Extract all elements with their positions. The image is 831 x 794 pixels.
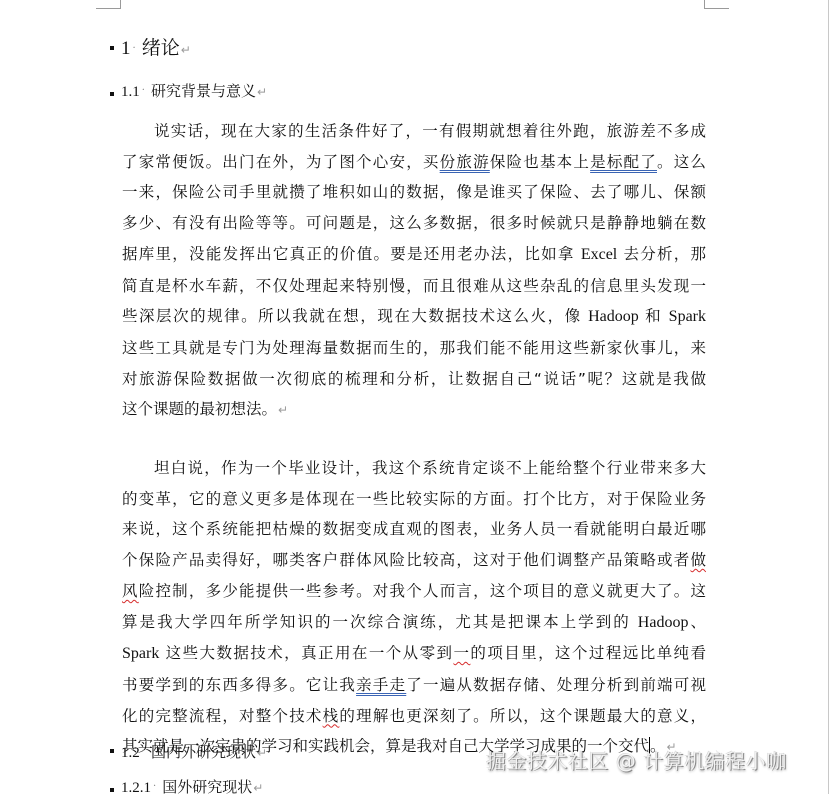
body-paragraph-2[interactable]: 坦白说，作为一个毕业设计，我这个系统肯定谈不上能给整个行业带来多大 的变革，它的… — [122, 453, 706, 763]
heading-number: 1.1 — [121, 84, 140, 101]
grammar-underline[interactable]: 亲手走 — [356, 676, 406, 694]
space-marker: · — [153, 781, 156, 792]
watermark: 掘金技术社区 @ 计算机编程小咖 — [486, 745, 787, 774]
space-marker: · — [142, 746, 145, 757]
spelling-underline[interactable]: 做 — [690, 551, 706, 569]
space-marker: · — [142, 85, 145, 96]
heading-title: 国外研究现状 — [162, 776, 252, 794]
heading-title: 国内外研究现状 — [151, 741, 256, 762]
margin-corner-mark-right — [704, 0, 729, 9]
text-line: 来说，这个系统能把枯燥的数据变成直观的图表，业务人员一看就能明白最近哪 — [122, 514, 706, 545]
text-line: 这些工具就是专门为处理海量数据而生的，那我们能不能用这些新家伙事儿，来 — [122, 333, 706, 364]
heading-number: 1 — [121, 38, 131, 60]
heading-1-introduction[interactable]: 1 · 绪论 ↵ — [110, 33, 191, 60]
text-line: 简直是杯水车薪，不仅处理起来特别慢，而且很难从这些杂乱的信息里头发现一 — [122, 271, 706, 302]
paragraph-mark-icon: ↵ — [278, 403, 288, 417]
body-paragraph-1[interactable]: 说实话，现在大家的生活条件好了，一有假期就想着往外跑，旅游差不多成 了家常便饭。… — [122, 116, 706, 426]
margin-corner-mark-left — [96, 0, 121, 9]
heading-1-1-background[interactable]: 1.1 · 研究背景与意义 ↵ — [110, 80, 267, 101]
text-line: 些深层次的规律。所以我就在想，现在大数据技术这么火，像 Hadoop 和 Spa… — [122, 301, 706, 333]
text-line: 算是我大学四年所学知识的一次综合演练，尤其是把课本上学到的 Hadoop、 — [122, 607, 706, 639]
heading-1-2-1-foreign-research[interactable]: 1.2.1 · 国外研究现状 ↵ — [110, 776, 263, 794]
text-line: 风险控制，多少能提供一些参考。对我个人而言，这个项目的意义就更大了。这 — [122, 576, 706, 607]
text-line: Spark 这些大数据技术，真正用在一个从零到一的项目里，这个过程远比单纯看 — [122, 638, 706, 670]
paragraph-mark-icon: ↵ — [253, 781, 263, 794]
text-line: 书要学到的东西多得多。它让我亲手走了一遍从数据存储、处理分析到前端可视 — [122, 670, 706, 701]
heading-bullet-marker — [110, 92, 114, 96]
text-line: 这个课题的最初想法。↵ — [122, 394, 706, 426]
text-line: 个保险产品卖得好，哪类客户群体风险比较高，这对于他们调整产品策略或者做 — [122, 545, 706, 576]
spelling-underline[interactable]: 风 — [122, 582, 139, 600]
heading-title: 绪论 — [142, 33, 180, 60]
text-line: 化的完整流程，对整个技术栈的理解也更深刻了。所以，这个课题最大的意义， — [122, 701, 706, 732]
heading-bullet-marker — [110, 46, 114, 50]
grammar-underline[interactable]: 份旅游 — [440, 153, 490, 171]
grammar-underline[interactable]: 是标配了 — [590, 153, 657, 171]
heading-1-2-research-status[interactable]: 1.2 · 国内外研究现状 ↵ — [110, 741, 267, 762]
paragraph-mark-icon: ↵ — [257, 746, 267, 760]
heading-title: 研究背景与意义 — [151, 80, 256, 101]
text-line: 对旅游保险数据做一次彻底的梳理和分析，让数据自己“说话”呢？这就是我做 — [122, 364, 706, 395]
heading-bullet-marker — [110, 749, 114, 753]
spelling-underline[interactable]: 一 — [453, 644, 470, 662]
spelling-underline[interactable]: 栈 — [323, 707, 340, 725]
text-line: 坦白说，作为一个毕业设计，我这个系统肯定谈不上能给整个行业带来多大 — [122, 453, 706, 484]
text-line: 据库里，没能发挥出它真正的价值。要是还用老办法，比如拿 Excel 去分析，那 — [122, 239, 706, 271]
heading-bullet-marker — [110, 788, 114, 792]
space-marker: · — [133, 43, 136, 54]
heading-number: 1.2 — [121, 745, 140, 762]
paragraph-mark-icon: ↵ — [257, 85, 267, 99]
text-line: 一来，保险公司手里就攒了堆积如山的数据，像是谁买了保险、去了哪儿、保额 — [122, 177, 706, 208]
text-line: 了家常便饭。出门在外，为了图个心安，买份旅游保险也基本上是标配了。这么 — [122, 147, 706, 178]
text-line: 的变革，它的意义更多是体现在一些比较实际的方面。打个比方，对于保险业务 — [122, 484, 706, 515]
text-line: 说实话，现在大家的生活条件好了，一有假期就想着往外跑，旅游差不多成 — [122, 116, 706, 147]
page-edge — [828, 0, 829, 794]
paragraph-mark-icon: ↵ — [181, 43, 191, 57]
text-line: 多少、有没有出险等等。可问题是，这么多数据，很多时候就只是静静地躺在数 — [122, 208, 706, 239]
heading-number: 1.2.1 — [121, 780, 151, 794]
